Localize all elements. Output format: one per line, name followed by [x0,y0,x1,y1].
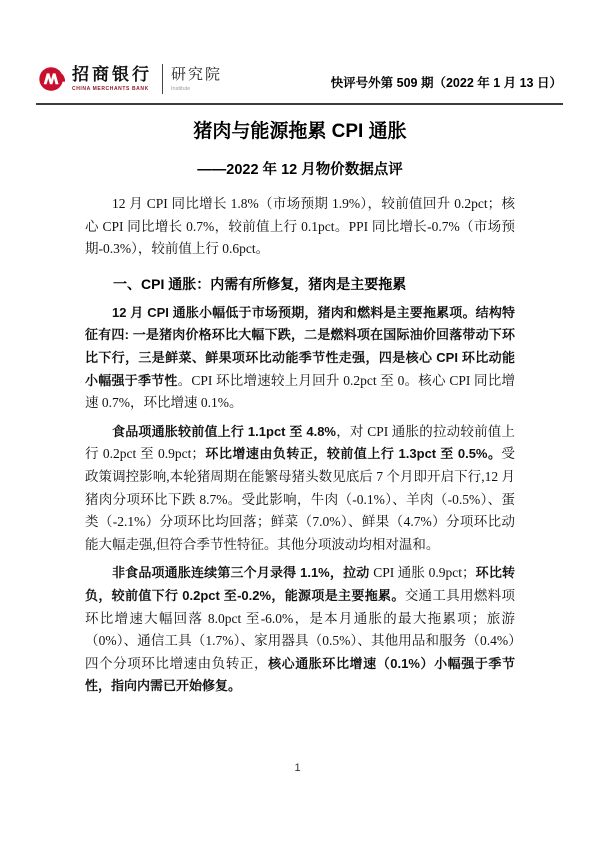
header-rule [36,103,563,105]
institute-name: 研究院 [171,67,222,84]
bank-logo-icon [38,65,66,93]
page-title: 猪肉与能源拖累 CPI 通胀 [85,119,515,144]
paragraph-nonfood-regular-1: CPI 通胀 0.9pct； [373,565,475,580]
bank-logo: 招商银行 CHINA MERCHANTS BANK 研究院 Institute [38,64,222,94]
logo-divider [162,64,163,94]
bank-name-en: CHINA MERCHANTS BANK [72,86,152,92]
paragraph-food-bold-2: 环比增速由负转正，较前值上行 1.3pct 至 0.5%。 [205,446,502,461]
document-body: 猪肉与能源拖累 CPI 通胀 ——2022 年 12 月物价数据点评 12 月 … [85,106,515,698]
issue-info: 快评号外第 509 期（2022 年 1 月 13 日） [331,67,562,91]
paragraph-food-regular-2: 受政策调控影响,本轮猪周期在能繁母猪头数见底后 7 个月即开启下行,12 月猪肉… [85,446,515,551]
paragraph-food-inflation: 食品项通胀较前值上行 1.1pct 至 4.8%，对 CPI 通胀的拉动较前值上… [85,421,515,557]
paragraph-nonfood-bold-1: 非食品项通胀连续第三个月录得 1.1%，拉动 [112,565,373,580]
bank-name: 招商银行 [72,66,152,84]
document-page: 招商银行 CHINA MERCHANTS BANK 研究院 Institute … [0,0,595,842]
institute-block: 研究院 Institute [171,67,222,92]
institute-name-en: Institute [171,86,222,92]
summary-paragraph: 12 月 CPI 同比增长 1.8%（市场预期 1.9%），较前值回升 0.2p… [85,193,515,261]
page-subtitle: ——2022 年 12 月物价数据点评 [85,161,515,180]
section-heading-cpi: 一、CPI 通胀：内需有所修复，猪肉是主要拖累 [85,273,515,295]
page-number: 1 [0,762,595,774]
paragraph-cpi-overview: 12 月 CPI 通胀小幅低于市场预期，猪肉和燃料是主要拖累项。结构特征有四: … [85,302,515,415]
bank-name-block: 招商银行 CHINA MERCHANTS BANK [72,66,152,92]
paragraph-nonfood-inflation: 非食品项通胀连续第三个月录得 1.1%，拉动 CPI 通胀 0.9pct；环比转… [85,562,515,698]
page-header: 招商银行 CHINA MERCHANTS BANK 研究院 Institute … [38,58,562,100]
paragraph-food-bold-1: 食品项通胀较前值上行 1.1pct 至 4.8% [112,424,336,439]
